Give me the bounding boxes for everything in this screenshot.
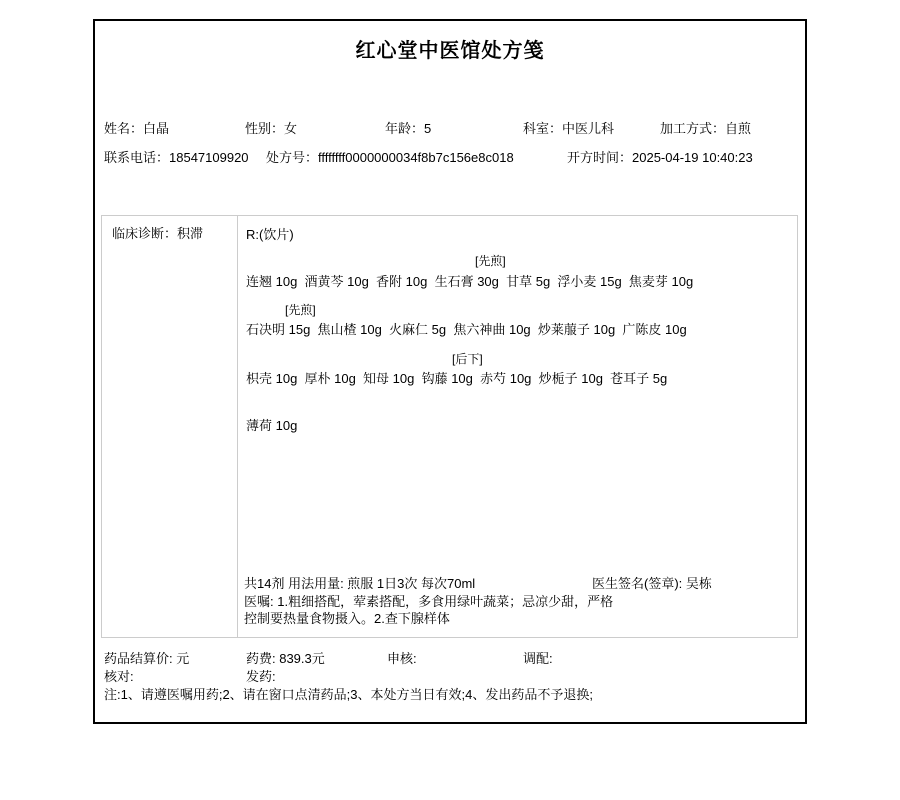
check-field: 核对: [104, 669, 134, 685]
prescription-number: 处方号：ffffffff0000000034f8b7c156e8c018 [266, 150, 514, 166]
clinical-diagnosis: 临床诊断：积滞 [112, 226, 203, 242]
doctor-signature: 医生签名(签章): 吴栋 [592, 576, 712, 592]
doctor-advice-line1: 医嘱: 1.粗细搭配，荤素搭配，多食用绿叶蔬菜；忌凉少甜，严格 [244, 594, 613, 610]
review-field: 申核: [387, 651, 417, 667]
footer-note: 注:1、请遵医嘱用药;2、请在窗口点清药品;3、本处方当日有效;4、发出药品不予… [104, 687, 593, 703]
medication-line: 石决明 15g 焦山楂 10g 火麻仁 5g 焦六神曲 10g 炒莱菔子 10g… [246, 322, 687, 338]
decoction-tag-xianjian-2: [先煎] [285, 302, 316, 318]
decoction-tag-xianjian-1: [先煎] [475, 253, 506, 269]
page-title: 红心堂中医馆处方笺 [93, 34, 807, 63]
patient-phone: 联系电话：18547109920 [104, 150, 249, 166]
patient-department: 科室：中医儿科 [523, 121, 614, 137]
medication-line: 连翘 10g 酒黄芩 10g 香附 10g 生石膏 30g 甘草 5g 浮小麦 … [246, 274, 693, 290]
prepare-field: 调配: [523, 651, 553, 667]
rx-header: R:(饮片) [246, 227, 294, 243]
patient-gender: 性别：女 [245, 121, 297, 137]
settlement-price: 药品结算价: 元 [104, 651, 189, 667]
patient-name: 姓名：白晶 [104, 121, 169, 137]
patient-age: 年龄：5 [385, 121, 431, 137]
medication-line: 枳壳 10g 厚朴 10g 知母 10g 钩藤 10g 赤芍 10g 炒栀子 1… [246, 371, 667, 387]
medication-line: 薄荷 10g [246, 418, 297, 434]
doctor-advice-line2: 控制要热量食物摄入。2.查下腺样体 [244, 611, 450, 627]
processing-method: 加工方式：自煎 [660, 121, 751, 137]
medicine-fee: 药费: 839.3元 [246, 651, 325, 667]
prescription-box-divider [237, 215, 238, 638]
prescription-time: 开方时间：2025-04-19 10:40:23 [567, 150, 753, 166]
dosage-instructions: 共14剂 用法用量: 煎服 1日3次 每次70ml [244, 576, 475, 592]
decoction-tag-houxia: [后下] [452, 351, 483, 367]
dispense-field: 发药: [246, 669, 276, 685]
